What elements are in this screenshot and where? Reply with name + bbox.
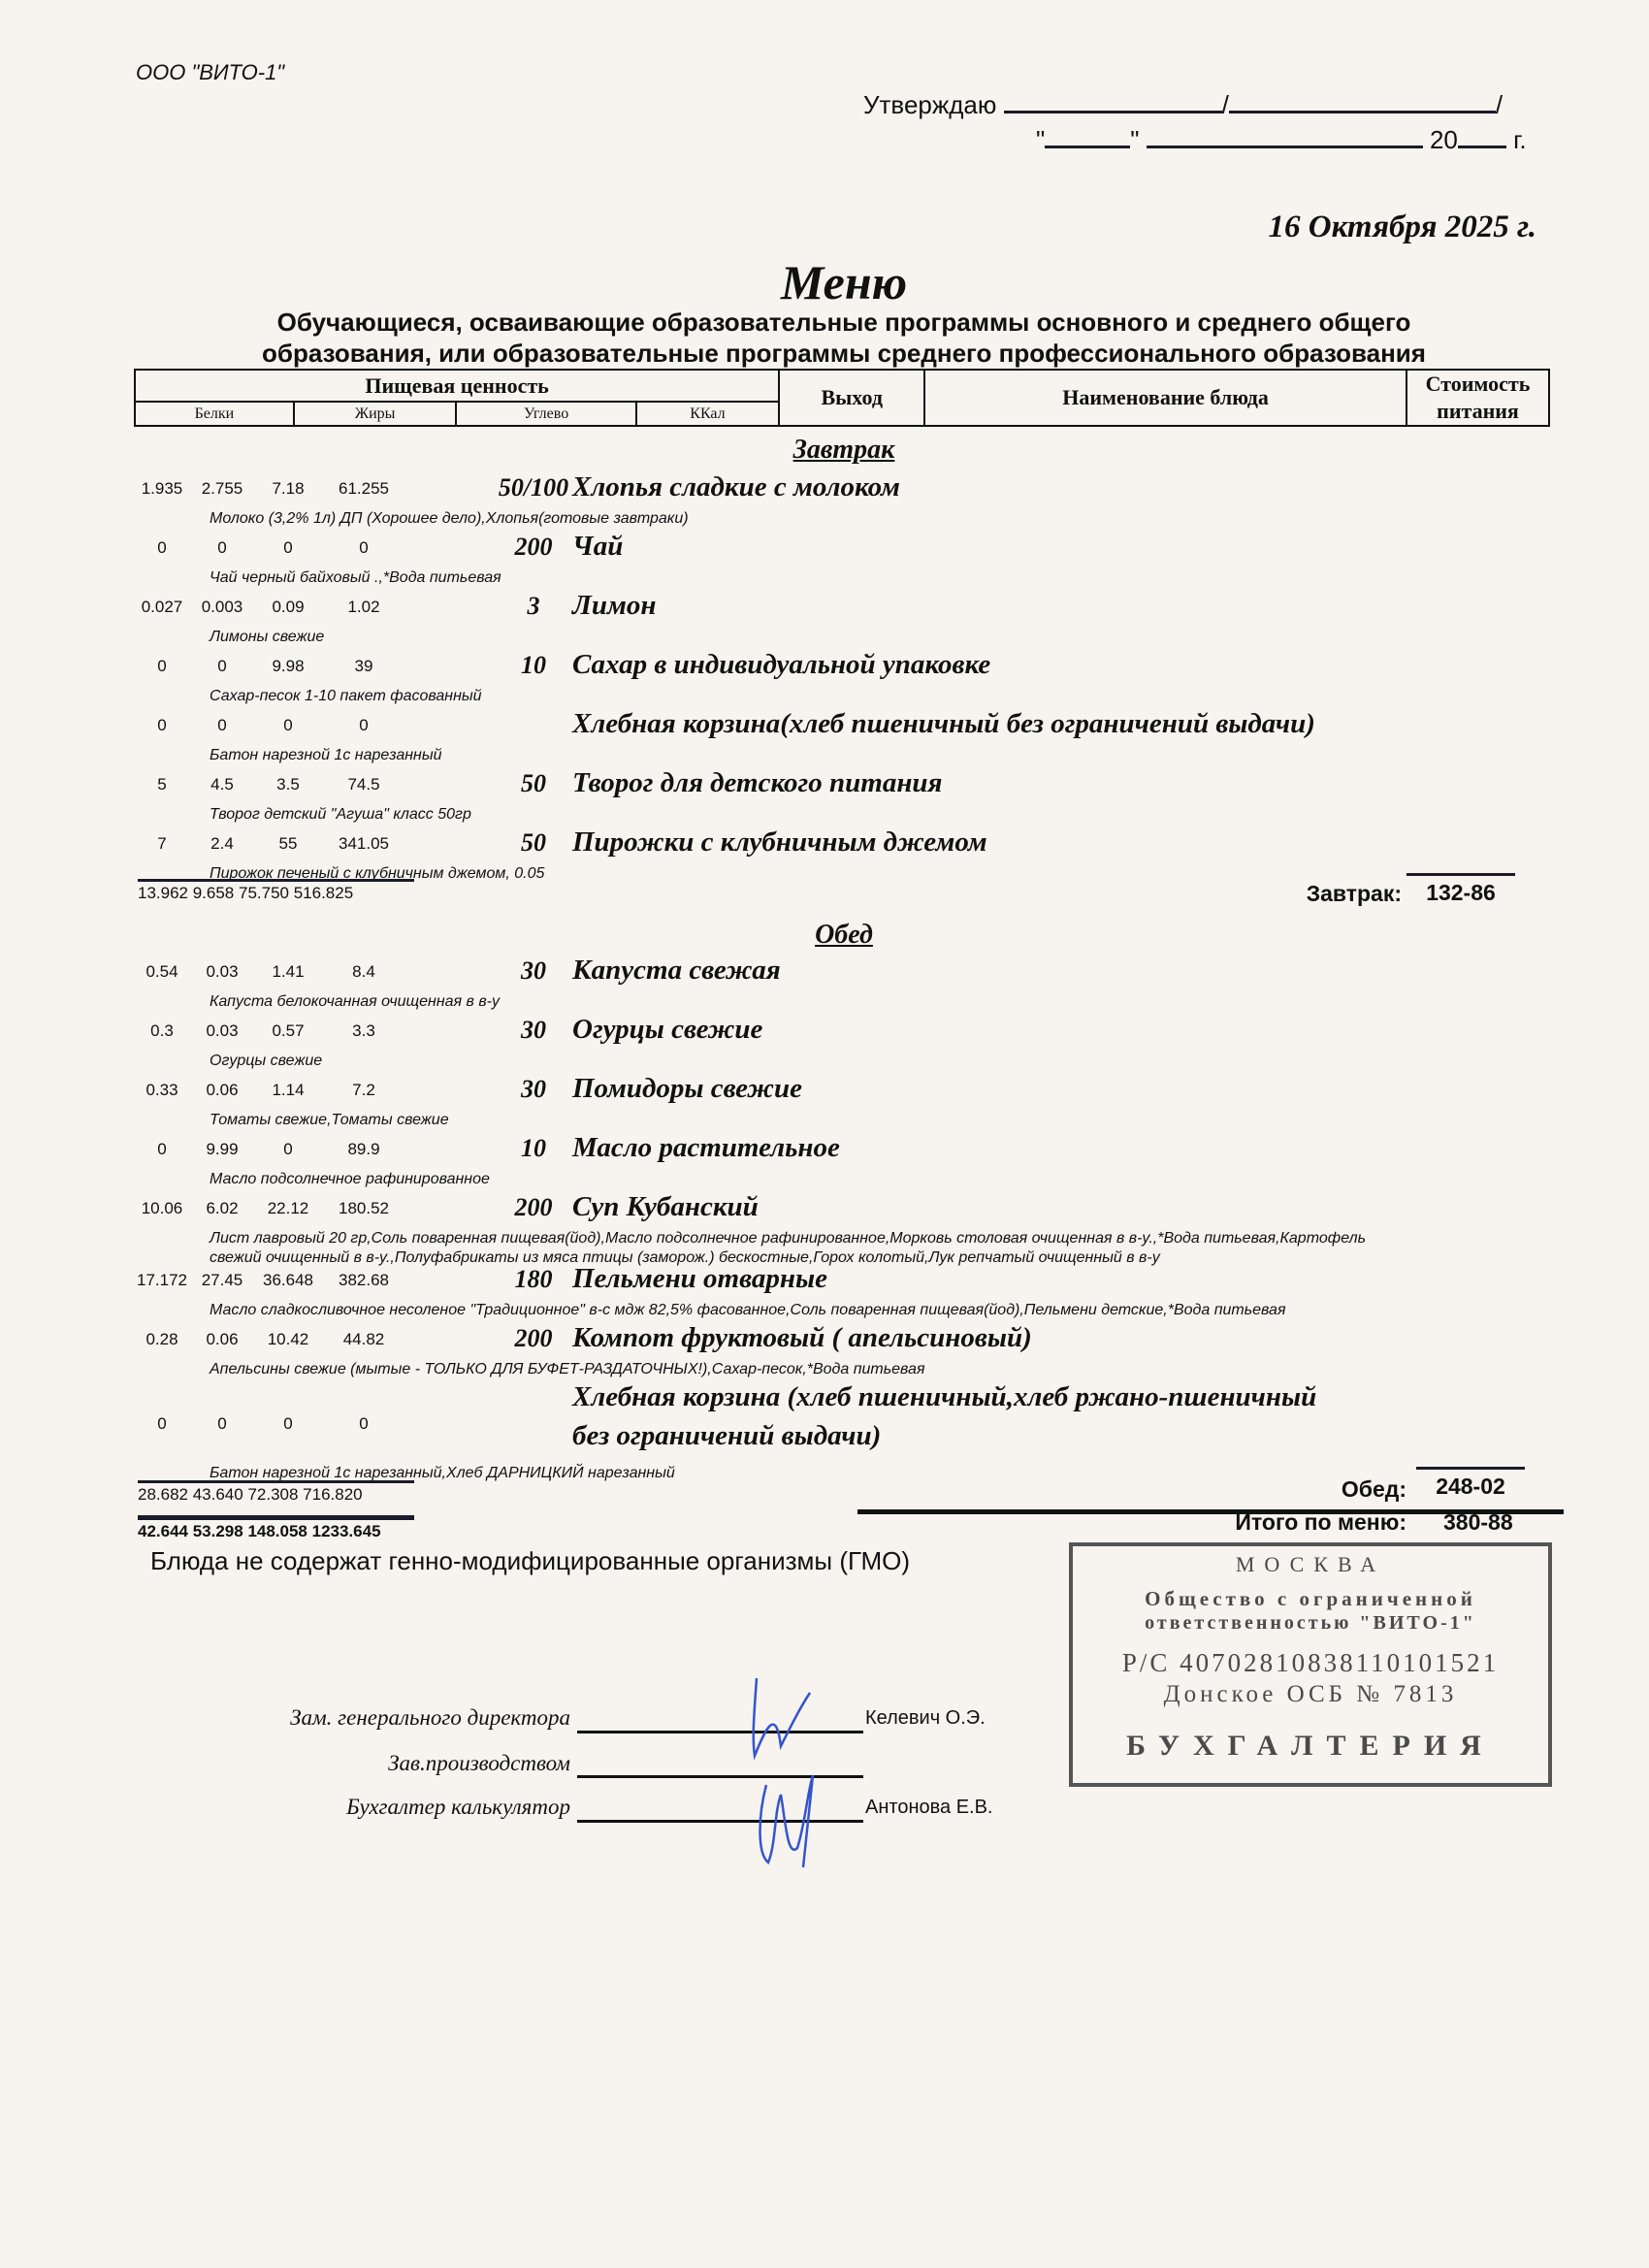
nutrition-value-k: 0 — [330, 716, 398, 735]
dish-ingredients: Чай черный байховый .,*Вода питьевая — [210, 567, 501, 589]
approve-name-blank — [1229, 89, 1496, 113]
nutrition-value-f: 0 — [188, 1414, 256, 1434]
kcal-header: ККал — [636, 402, 780, 426]
year-prefix: 20 — [1430, 125, 1458, 154]
nutrition-value-f: 0.06 — [188, 1081, 256, 1100]
nutrition-value-f: 0 — [188, 538, 256, 558]
dish-ingredients: Лист лавровый 20 гр,Соль поваренная пище… — [210, 1228, 1366, 1249]
menu-table-header: Пищевая ценность Выход Наименование блюд… — [134, 369, 1550, 427]
dish-name: Лимон — [572, 588, 657, 623]
dish-ingredients: Масло подсолнечное рафинированное — [210, 1169, 490, 1190]
breakfast-sum-label: Завтрак: — [1212, 881, 1402, 907]
approve-signature-blank — [1004, 89, 1222, 113]
subtitle-line-2: образования, или образовательные програм… — [194, 338, 1494, 369]
nutrition-value-c: 1.41 — [254, 962, 322, 982]
grand-total-label: Итого по меню: — [1115, 1509, 1406, 1536]
nutrition-value-p: 0 — [128, 716, 196, 735]
nutrition-value-p: 10.06 — [128, 1199, 196, 1218]
nutrition-value-f: 6.02 — [188, 1199, 256, 1218]
nutrition-value-c: 0 — [254, 1414, 322, 1434]
dish-ingredients: Сахар-песок 1-10 пакет фасованный — [210, 686, 482, 707]
cost-header: Стоимость питания — [1406, 370, 1549, 426]
nutrition-value-c: 9.98 — [254, 657, 322, 676]
nutrition-value-k: 0 — [330, 538, 398, 558]
nutrition-value-f: 0.03 — [188, 1021, 256, 1041]
stamp-city: МОСКВА — [1073, 1554, 1548, 1575]
yield-header: Выход — [779, 370, 924, 426]
stamp-line-1: Общество с ограниченной — [1073, 1589, 1548, 1609]
nutrition-value-k: 44.82 — [330, 1330, 398, 1349]
lunch-section-title: Обед — [0, 920, 1649, 951]
dish-name: Помидоры свежие — [572, 1071, 802, 1106]
dish-name: Хлопья сладкие с молоком — [572, 470, 900, 504]
nutrition-value-c: 3.5 — [254, 775, 322, 794]
dish-name: Компот фруктовый ( апельсиновый) — [572, 1320, 1032, 1355]
dish-ingredients: Томаты свежие,Томаты свежие — [210, 1110, 449, 1131]
dish-name: Чай — [572, 529, 623, 564]
protein-header: Белки — [135, 402, 294, 426]
dish-ingredients: Капуста белокочанная очищенная в в-у — [210, 991, 500, 1013]
nutrition-header: Пищевая ценность — [135, 370, 779, 402]
fat-header: Жиры — [294, 402, 457, 426]
dish-name: Огурцы свежие — [572, 1012, 762, 1047]
dish-name-header: Наименование блюда — [924, 370, 1406, 426]
stamp-line-2: ответственностью "ВИТО-1" — [1073, 1613, 1548, 1633]
signature-name-3: Антонова Е.В. — [865, 1797, 992, 1819]
handwritten-signature-icon — [737, 1649, 863, 1872]
page-subtitle: Обучающиеся, осваивающие образовательные… — [194, 307, 1494, 369]
nutrition-value-f: 27.45 — [188, 1271, 256, 1290]
nutrition-value-p: 0.33 — [128, 1081, 196, 1100]
dish-ingredients: Огурцы свежие — [210, 1051, 322, 1072]
document-date: 16 Октября 2025 г. — [1269, 210, 1536, 245]
nutrition-value-c: 0 — [254, 1140, 322, 1159]
nutrition-value-k: 39 — [330, 657, 398, 676]
nutrition-value-k: 341.05 — [330, 834, 398, 854]
nutrition-value-k: 61.255 — [330, 479, 398, 499]
approve-label: Утверждаю — [863, 90, 996, 119]
dish-name: Суп Кубанский — [572, 1189, 759, 1224]
nutrition-value-k: 382.68 — [330, 1271, 398, 1290]
nutrition-value-c: 22.12 — [254, 1199, 322, 1218]
nutrition-value-p: 0.54 — [128, 962, 196, 982]
nutrition-value-c: 36.648 — [254, 1271, 322, 1290]
nutrition-value-c: 7.18 — [254, 479, 322, 499]
cost-header-line-2: питания — [1407, 398, 1548, 425]
nutrition-value-f: 0.06 — [188, 1330, 256, 1349]
nutrition-value-p: 0.28 — [128, 1330, 196, 1349]
dish-name: Хлебная корзина(хлеб пшеничный без огран… — [572, 706, 1315, 741]
nutrition-value-c: 1.14 — [254, 1081, 322, 1100]
dish-ingredients: Лимоны свежие — [210, 627, 324, 648]
nutrition-value-p: 1.935 — [128, 479, 196, 499]
approve-date-line: "" 20 г. — [1036, 124, 1527, 155]
nutrition-value-k: 180.52 — [330, 1199, 398, 1218]
dish-name: Капуста свежая — [572, 953, 781, 988]
dish-name: Пельмени отварные — [572, 1261, 827, 1296]
nutrition-value-c: 0 — [254, 538, 322, 558]
day-blank — [1045, 124, 1130, 148]
grand-total-value: 380-88 — [1443, 1509, 1513, 1536]
page-title: Меню — [0, 254, 1649, 310]
nutrition-value-k: 0 — [330, 1414, 398, 1434]
dish-name: Хлебная корзина (хлеб пшеничный,хлеб ржа… — [572, 1379, 1316, 1414]
stamp-bank: Донское ОСБ № 7813 — [1073, 1682, 1548, 1706]
lunch-nutrition-totals: 28.682 43.640 72.308 716.820 — [138, 1480, 414, 1505]
breakfast-section-title: Завтрак — [0, 435, 1649, 466]
nutrition-value-p: 0 — [128, 1414, 196, 1434]
dish-name: Пирожки с клубничным джемом — [572, 825, 987, 859]
nutrition-value-f: 0 — [188, 716, 256, 735]
nutrition-value-f: 2.4 — [188, 834, 256, 854]
stamp-account: Р/С 40702810838110101521 — [1073, 1650, 1548, 1676]
nutrition-value-k: 89.9 — [330, 1140, 398, 1159]
signature-role-3: Бухгалтер калькулятор — [250, 1795, 570, 1820]
nutrition-value-p: 0 — [128, 1140, 196, 1159]
nutrition-value-p: 7 — [128, 834, 196, 854]
nutrition-value-p: 0 — [128, 538, 196, 558]
year-suffix: г. — [1513, 125, 1527, 154]
nutrition-value-f: 0.003 — [188, 598, 256, 617]
subtitle-line-1: Обучающиеся, осваивающие образовательные… — [194, 307, 1494, 338]
lunch-sum-label: Обед: — [1212, 1476, 1406, 1503]
nutrition-value-c: 0.09 — [254, 598, 322, 617]
breakfast-sum-value: 132-86 — [1406, 873, 1515, 906]
nutrition-value-f: 2.755 — [188, 479, 256, 499]
quote-open: " — [1036, 125, 1045, 154]
nutrition-value-p: 0.3 — [128, 1021, 196, 1041]
dish-name: Сахар в индивидуальной упаковке — [572, 647, 990, 682]
nutrition-value-f: 4.5 — [188, 775, 256, 794]
approve-line: Утверждаю // — [863, 89, 1503, 120]
dish-ingredients: Молоко (3,2% 1л) ДП (Хорошее дело),Хлопь… — [210, 508, 689, 530]
dish-ingredients: Апельсины свежие (мытые - ТОЛЬКО ДЛЯ БУФ… — [210, 1359, 924, 1380]
breakfast-nutrition-totals: 13.962 9.658 75.750 516.825 — [138, 879, 414, 903]
cost-header-line-1: Стоимость — [1407, 371, 1548, 398]
signature-name-1: Келевич О.Э. — [865, 1707, 986, 1730]
nutrition-value-p: 0 — [128, 657, 196, 676]
nutrition-value-k: 8.4 — [330, 962, 398, 982]
nutrition-value-p: 17.172 — [128, 1271, 196, 1290]
signature-role-1: Зам. генерального директора — [250, 1705, 570, 1731]
dish-name: Масло растительное — [572, 1130, 840, 1165]
nutrition-value-c: 0 — [254, 716, 322, 735]
stamp-department: БУХГАЛТЕРИЯ — [1073, 1732, 1548, 1761]
dish-name: Творог для детского питания — [572, 765, 943, 800]
nutrition-value-k: 74.5 — [330, 775, 398, 794]
grand-nutrition-totals: 42.644 53.298 148.058 1233.645 — [138, 1515, 414, 1541]
company-stamp: МОСКВА Общество с ограниченной ответстве… — [1069, 1542, 1552, 1787]
dish-ingredients: Батон нарезной 1с нарезанный — [210, 745, 442, 766]
nutrition-value-c: 0.57 — [254, 1021, 322, 1041]
gmo-note: Блюда не содержат генно-модифицированные… — [150, 1546, 910, 1576]
nutrition-value-p: 5 — [128, 775, 196, 794]
nutrition-value-k: 7.2 — [330, 1081, 398, 1100]
lunch-sum-value: 248-02 — [1416, 1467, 1525, 1500]
nutrition-value-f: 0 — [188, 657, 256, 676]
nutrition-value-k: 1.02 — [330, 598, 398, 617]
nutrition-value-c: 10.42 — [254, 1330, 322, 1349]
organization-name: ООО "ВИТО-1" — [136, 60, 284, 85]
nutrition-value-k: 3.3 — [330, 1021, 398, 1041]
nutrition-value-p: 0.027 — [128, 598, 196, 617]
dish-ingredients: Масло сладкосливочное несоленое "Традици… — [210, 1300, 1286, 1321]
nutrition-value-f: 0.03 — [188, 962, 256, 982]
quote-close: " — [1130, 125, 1139, 154]
month-blank — [1147, 124, 1423, 148]
nutrition-value-f: 9.99 — [188, 1140, 256, 1159]
dish-name-continued: без ограничений выдачи) — [572, 1418, 881, 1453]
year-blank — [1458, 124, 1506, 148]
nutrition-value-c: 55 — [254, 834, 322, 854]
carbs-header: Углево — [456, 402, 635, 426]
signature-role-2: Зав.производством — [250, 1751, 570, 1776]
dish-ingredients: Творог детский "Агуша" класс 50гр — [210, 804, 471, 826]
